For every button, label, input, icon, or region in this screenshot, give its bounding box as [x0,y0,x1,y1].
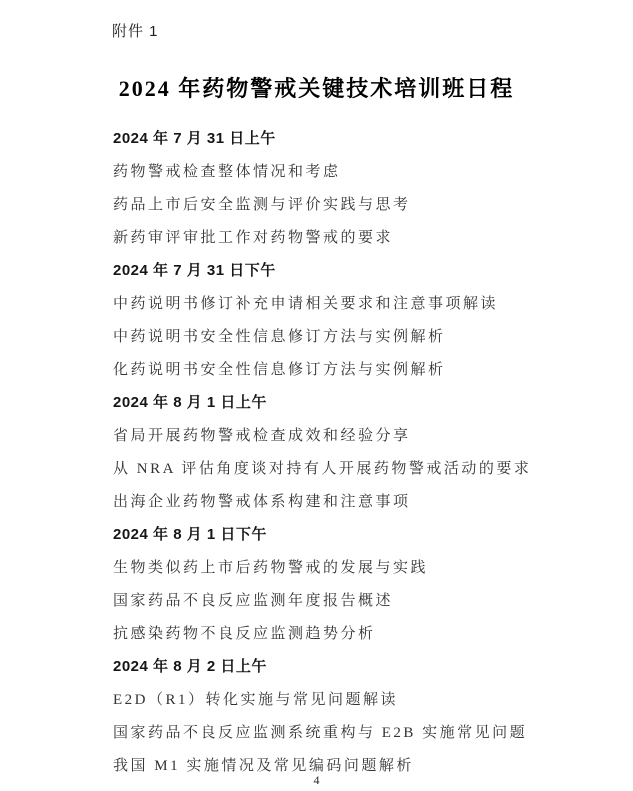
schedule-section-aug1-pm: 2024 年 8 月 1 日下午 生物类似药上市后药物警戒的发展与实践 国家药品… [113,517,597,649]
schedule-section-jul31-am: 2024 年 7 月 31 日上午 药物警戒检查整体情况和考虑 药品上市后安全监… [113,121,597,253]
page-title: 2024 年药物警戒关键技术培训班日程 [0,72,633,103]
page-number: 4 [0,773,633,788]
session-item: 生物类似药上市后药物警戒的发展与实践 [113,550,597,583]
session-item: 省局开展药物警戒检查成效和经验分享 [113,418,597,451]
schedule: 2024 年 7 月 31 日上午 药物警戒检查整体情况和考虑 药品上市后安全监… [113,121,597,781]
attachment-label: 附件 1 [112,20,159,41]
session-item: 国家药品不良反应监测年度报告概述 [113,583,597,616]
schedule-section-jul31-pm: 2024 年 7 月 31 日下午 中药说明书修订补充申请相关要求和注意事项解读… [113,253,597,385]
section-date: 2024 年 8 月 1 日上午 [113,385,597,418]
session-item: E2D（R1）转化实施与常见问题解读 [113,682,597,715]
section-date: 2024 年 8 月 2 日上午 [113,649,597,682]
session-item: 抗感染药物不良反应监测趋势分析 [113,616,597,649]
session-item: 药品上市后安全监测与评价实践与思考 [113,187,597,220]
section-date: 2024 年 8 月 1 日下午 [113,517,597,550]
session-item: 国家药品不良反应监测系统重构与 E2B 实施常见问题 [113,715,597,748]
section-date: 2024 年 7 月 31 日下午 [113,253,597,286]
session-item: 从 NRA 评估角度谈对持有人开展药物警戒活动的要求 [113,451,597,484]
session-item: 中药说明书安全性信息修订方法与实例解析 [113,319,597,352]
schedule-section-aug1-am: 2024 年 8 月 1 日上午 省局开展药物警戒检查成效和经验分享 从 NRA… [113,385,597,517]
session-item: 出海企业药物警戒体系构建和注意事项 [113,484,597,517]
section-date: 2024 年 7 月 31 日上午 [113,121,597,154]
session-item: 药物警戒检查整体情况和考虑 [113,154,597,187]
session-item: 中药说明书修订补充申请相关要求和注意事项解读 [113,286,597,319]
schedule-section-aug2-am: 2024 年 8 月 2 日上午 E2D（R1）转化实施与常见问题解读 国家药品… [113,649,597,781]
document-page: 附件 1 2024 年药物警戒关键技术培训班日程 2024 年 7 月 31 日… [0,0,633,791]
session-item: 化药说明书安全性信息修订方法与实例解析 [113,352,597,385]
session-item: 新药审评审批工作对药物警戒的要求 [113,220,597,253]
